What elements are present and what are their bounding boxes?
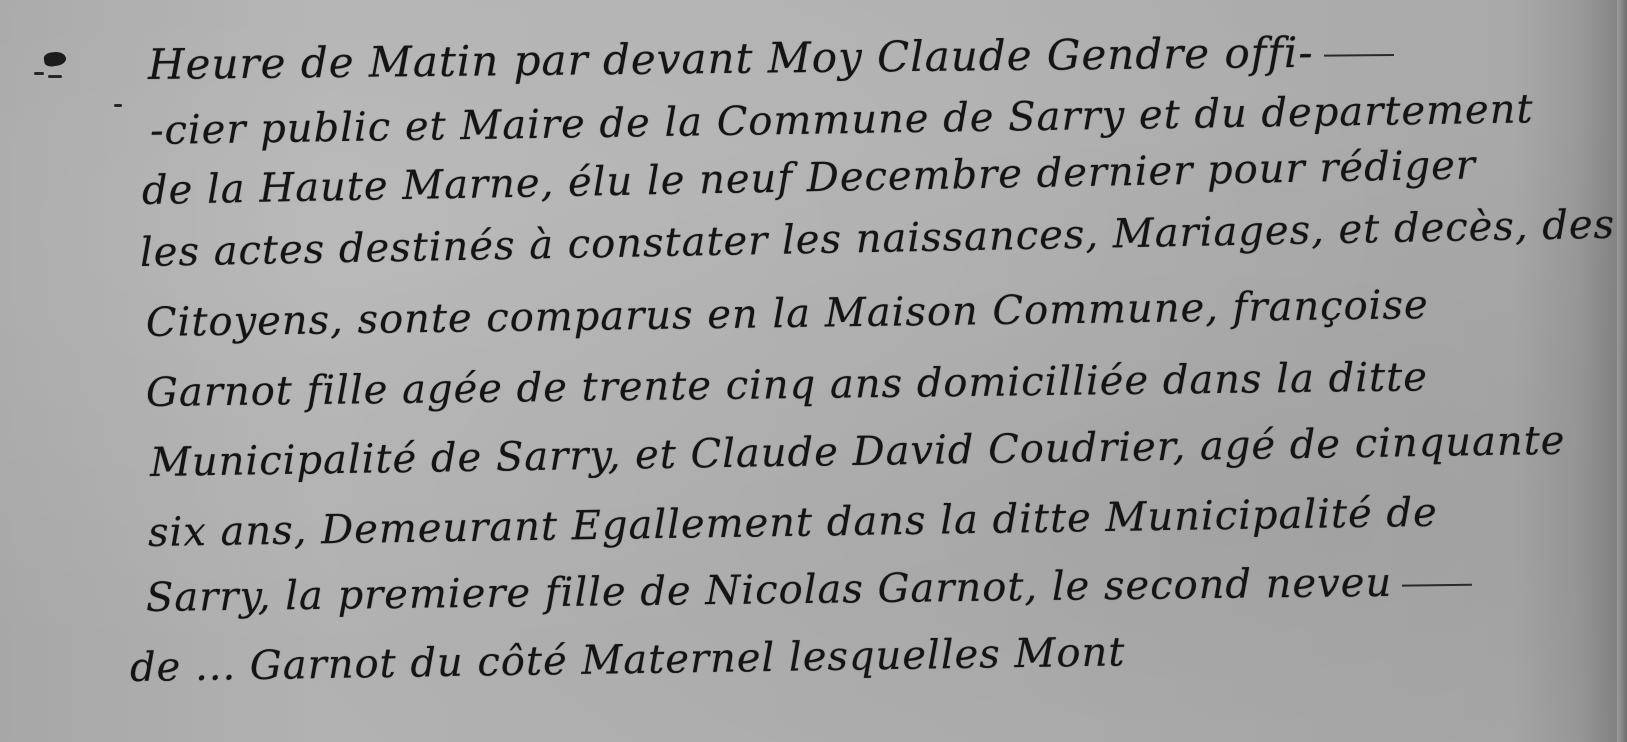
text-line-10: de ... Garnot du côté Maternel lesquelle…	[130, 629, 1126, 691]
text-line-9: Sarry, la premiere fille de Nicolas Garn…	[146, 559, 1473, 621]
text-line-6: Garnot fille agée de trente cinq ans dom…	[146, 354, 1428, 416]
line-text: les actes destinés à constater les naiss…	[140, 202, 1616, 276]
line-flourish	[1324, 54, 1394, 57]
line-text: de ... Garnot du côté Maternel lesquelle…	[130, 629, 1126, 691]
line-text: Garnot fille agée de trente cinq ans dom…	[146, 354, 1428, 416]
line-text: Heure de Matin par devant Moy Claude Gen…	[148, 28, 1314, 89]
line-text: Citoyens, sonte comparus en la Maison Co…	[146, 282, 1429, 346]
line-text: Sarry, la premiere fille de Nicolas Garn…	[146, 560, 1393, 621]
document-page: Heure de Matin par devant Moy Claude Gen…	[0, 0, 1627, 742]
line-text: six ans, Demeurant Egallement dans la di…	[148, 490, 1438, 556]
line-text: -cier public et Maire de la Commune de S…	[150, 86, 1534, 154]
text-line-1: Heure de Matin par devant Moy Claude Gen…	[148, 27, 1394, 89]
text-line-8: six ans, Demeurant Egallement dans la di…	[148, 490, 1438, 556]
text-line-7: Municipalité de Sarry, et Claude David C…	[150, 418, 1566, 486]
text-line-3: de la Haute Marne, élu le neuf Decembre …	[142, 142, 1477, 214]
line-text: de la Haute Marne, élu le neuf Decembre …	[142, 142, 1477, 214]
text-line-4: les actes destinés à constater les naiss…	[140, 202, 1616, 276]
book-spine-edge	[1617, 0, 1627, 742]
line-flourish	[1402, 584, 1472, 587]
text-line-5: Citoyens, sonte comparus en la Maison Co…	[146, 282, 1429, 346]
line-text: Municipalité de Sarry, et Claude David C…	[150, 418, 1566, 486]
text-line-2: -cier public et Maire de la Commune de S…	[150, 86, 1534, 154]
handwritten-text: Heure de Matin par devant Moy Claude Gen…	[0, 0, 1627, 742]
